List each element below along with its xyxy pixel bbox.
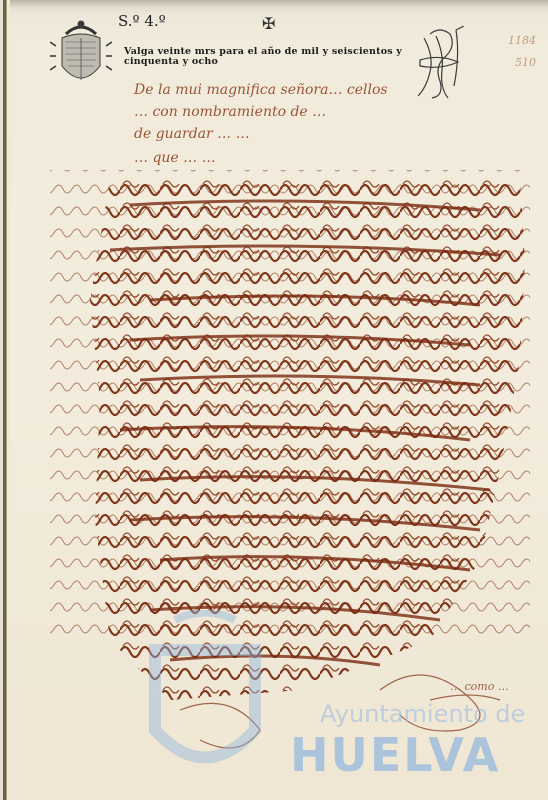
watermark-text-line-2: HUELVA bbox=[290, 728, 500, 782]
manuscript-page: S.º 4.º ✠ Valga veinte mrs para el año d… bbox=[0, 0, 548, 800]
signature-fragment: … como … bbox=[450, 680, 509, 693]
watermark-text-line-1: Ayuntamiento de bbox=[320, 700, 525, 728]
